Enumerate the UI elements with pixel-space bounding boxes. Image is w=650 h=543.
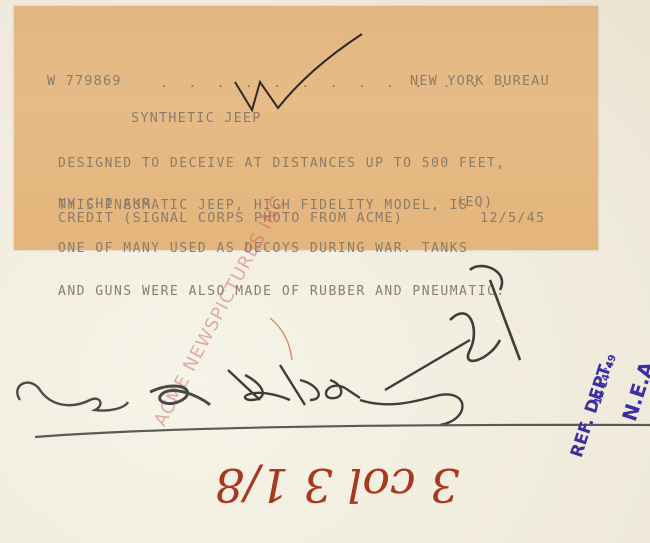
checkmark-icon [235,34,362,110]
underline-stroke [35,425,650,437]
pencil-scribble [17,383,128,411]
red-handwritten-note: 3 col 3 1/8 [215,458,460,512]
